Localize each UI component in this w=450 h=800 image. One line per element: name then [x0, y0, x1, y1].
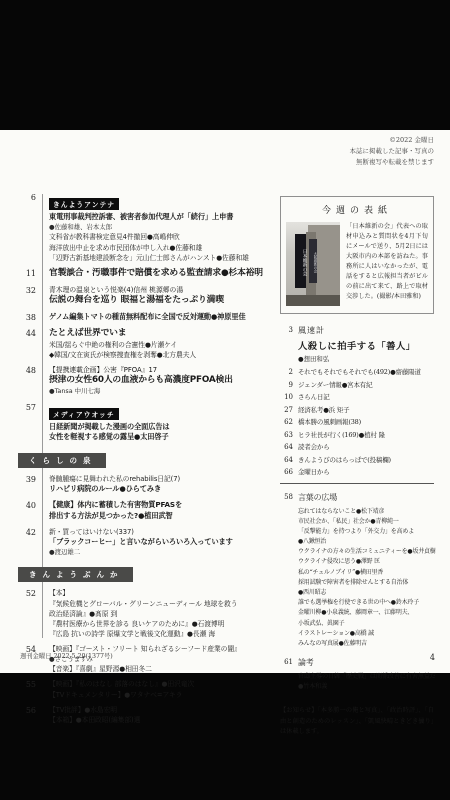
entry-line: 海洋放出中止を求め市民団体が申し入れ●佐藤和雄 — [49, 243, 272, 253]
column-title: 風速計 — [298, 325, 434, 336]
page-num: 40 — [18, 500, 36, 522]
entry-headline: 官製談合・汚職事件で賠償を求める監査請求●杉本裕明 — [49, 268, 272, 280]
cover-photo: 日本維新の会 大阪維新の会 — [286, 222, 340, 306]
page-num: 39 — [18, 474, 36, 495]
entry-title: さらん日記 — [298, 392, 330, 401]
entry-kicker: 青木理の温泉という悦楽(4)信州 桃源郷の湯 — [49, 285, 272, 295]
notice-label: 【お知らせ】 — [280, 707, 318, 714]
toc-entry-kotoba: 58 言葉の広場 — [280, 492, 434, 503]
entry-line: 政治経済論』●髙原 到 — [49, 609, 272, 619]
entry-line: 【本箱】●本田政昭(編集部)選 — [49, 715, 272, 725]
entry-line: 【TVドキュメンタリー】●ワタナベ=アキラ — [49, 690, 272, 700]
page-num: 61 — [280, 657, 293, 668]
toc-entry: 10 さらん日記 — [280, 392, 434, 401]
toc-entry-world: 44 たとえば世界でいま 米国/揺らぐ中絶の権利の合憲性●片瀬ケイ ◆韓国/文在… — [18, 328, 272, 360]
section-band-bunka: きんようぶんか — [18, 567, 133, 582]
folio-page-number: 4 — [430, 653, 435, 662]
entry-line: 「辺野古新基地建設断念を」元山仁士郎さんがハンスト●佐藤和雄 — [49, 253, 272, 263]
toc-entry: 27 経済私考●浜 矩子 — [280, 405, 434, 414]
entry-line: 『気候危機とグローバル・グリーンニューディール 地球を救う — [49, 599, 272, 609]
toc-entry: 64 きんようびのはらっぱで(投稿欄) — [280, 455, 434, 464]
letter-line: ●西川昭志 — [298, 588, 434, 598]
entry-line: 排出する方法が見つかった?●植田武智 — [49, 511, 272, 522]
entry-line: リハビリ病院のルール●ひらてみき — [49, 484, 272, 495]
copyright-line: 本誌に掲載した記事・写真の — [350, 146, 435, 157]
entry-authors: ●さこうますみ — [49, 655, 272, 665]
page-num: 57 — [18, 402, 36, 444]
entry-line: 【音楽】『喜劇』星野源●相田冬二 — [49, 664, 272, 674]
toc-entry-books: 52 【本】 『気候危機とグローバル・グリーンニューディール 地球を救う 政治経… — [18, 588, 272, 639]
entry-line: 【本】 — [49, 588, 272, 598]
entry-line: 文科省が教科書検定意見4件撤回●高嶋伸欣 — [49, 232, 272, 242]
entry-title: 金曜日から — [298, 467, 330, 476]
toc-entry-ronko: 61 論考 — [280, 657, 434, 668]
page-num: 11 — [18, 268, 36, 280]
entry-line: 脊髄腫瘍に見舞われた私のrehabilis日記(7) — [49, 474, 272, 484]
letter-line: ウクライナの方々の生活コミュニティーを●坂井貞樹 — [298, 547, 434, 557]
page-num: 32 — [18, 285, 36, 307]
entry-headline: ゲノム編集トマトの種苗無料配布に全国で反対運動●神原里佳 — [49, 312, 272, 323]
page-num: 55 — [18, 679, 36, 699]
letter-line: 採用試験で障害者を排除せんとする自治体 — [298, 578, 434, 588]
toc-entry: 62 橋本勝の風刺画報(38) — [280, 417, 434, 426]
toc-entry: 63 ヒラ社長が行く(169)●植村 隆 — [280, 430, 434, 439]
letter-line: 誰でも選挙権を行使できる世の中へ●鈴木玲子 — [298, 598, 434, 608]
notice-block: 【お知らせ】「本多勝一の俺と写真」、「政治時評」、「自由と創造のためのレッスン」… — [280, 706, 434, 739]
column-title: 論考 — [298, 657, 314, 668]
magazine-toc-page: ©2022 金曜日 本誌に掲載した記事・写真の 無断複写や転載を禁じます 6 き… — [0, 130, 450, 673]
toc-entry-media-watch: 57 メディアウオッチ 日経新聞が掲載した漫画の全面広告は 女性を軽視する感覚の… — [18, 402, 272, 444]
entry-headline: 人殺しに拍手する「善人」 — [298, 338, 434, 352]
toc-entry-fusokukei: 3 風速計 人殺しに拍手する「善人」 ●想田和弘 — [280, 325, 434, 363]
page-num: 52 — [18, 588, 36, 639]
toc-entry-kattewa: 42 新・買ってはいけない(337) 「ブラックコーヒー」と言いながらいろいろ入… — [18, 527, 272, 558]
toc-right-column: 今週の表紙 日本維新の会 大阪維新の会 「日本維新の会」代表への取材申込みと質問… — [280, 196, 434, 738]
page-num: 58 — [280, 492, 293, 503]
entry-line: 女性を軽視する感覚の露呈●太田啓子 — [49, 432, 272, 443]
entry-line: 【TV批評】●水島宏明 — [49, 705, 272, 715]
copyright-notice: ©2022 金曜日 本誌に掲載した記事・写真の 無断複写や転載を禁じます — [350, 135, 435, 168]
letter-line: 市民社会か、「私民」社会か●青柳純一 — [298, 517, 434, 527]
column-title: 言葉の広場 — [298, 492, 337, 503]
entry-authors: ●佐藤和雄、岩本太郎 — [49, 223, 272, 233]
street-shape — [286, 295, 340, 306]
entry-title: ジェンダー情報●宮本有紀 — [298, 380, 372, 389]
page-num: 62 — [280, 417, 293, 426]
ronko-author: ●竹本和義 — [298, 682, 434, 693]
toc-entry-rehab: 39 脊髄腫瘍に見舞われた私のrehabilis日記(7) リハビリ病院のルール… — [18, 474, 272, 495]
page-num: 3 — [280, 325, 293, 363]
page-num: 44 — [18, 328, 36, 360]
page-num: 10 — [280, 392, 293, 401]
cover-box-title: 今週の表紙 — [286, 203, 428, 216]
cover-of-the-week-box: 今週の表紙 日本維新の会 大阪維新の会 「日本維新の会」代表への取材申込みと質問… — [280, 196, 434, 314]
vertical-sign: 大阪維新の会 — [309, 239, 317, 283]
toc-entry-movie2: 55 【映画】『私のはなし 部落のはなし』●田沢竜次 【TVドキュメンタリー】●… — [18, 679, 272, 699]
entry-line: 「ブラックコーヒー」と言いながらいろいろ入っています — [49, 537, 272, 548]
ronko-headline: 官邸主導の日韓「歴史戦」は関係改善に有害無益だ — [298, 672, 434, 683]
letter-line: 金曜川柳●小泉義統、藤岡章一、江藤明夫、 — [298, 608, 434, 618]
toc-entry-antenna: 6 きんようアンテナ 東電刑事裁判控訴審、被害者参加代理人が「続行」上申書 ●佐… — [18, 192, 272, 263]
toc-entry: 64 読者会から — [280, 442, 434, 451]
letter-line: 「反撃能力」を持つより「外交力」を高めよ — [298, 527, 434, 537]
entry-line: 【映画】『ゴースト・フリート 知られざるシーフード産業の闇』 — [49, 644, 272, 654]
entry-line: 『農村医療から世界を診る 良いケアのために』●石渡博明 — [49, 619, 272, 629]
entry-title: きんようびのはらっぱで(投稿欄) — [298, 455, 391, 464]
toc-left-column: 6 きんようアンテナ 東電刑事裁判控訴審、被害者参加代理人が「続行」上申書 ●佐… — [18, 192, 272, 730]
viewer-background: ©2022 金曜日 本誌に掲載した記事・写真の 無断複写や転載を禁じます 6 き… — [0, 0, 450, 800]
entry-line: 【映画】『私のはなし 部落のはなし』●田沢竜次 — [49, 679, 272, 689]
entry-headline: 伝説の舞台を巡り 眼福と湯福をたっぷり満喫 — [49, 295, 272, 307]
copyright-line: ©2022 金曜日 — [350, 135, 435, 146]
divider-rule — [280, 483, 434, 484]
section-badge: きんようアンテナ — [49, 198, 119, 210]
letter-line: ウクライナ侵攻に思う●澤野 匡 — [298, 557, 434, 567]
letter-line: イラストレーション●高橋 誠 — [298, 629, 434, 639]
entry-authors: ●想田和弘 — [298, 354, 434, 363]
page-num: 6 — [18, 192, 36, 263]
page-num: 48 — [18, 365, 36, 397]
section-badge: メディアウオッチ — [49, 408, 119, 420]
entry-authors: ●渡辺雄二 — [49, 548, 272, 558]
entry-title: それでもそれでもそれでも(492)●齋藤陽道 — [298, 367, 421, 376]
page-num: 56 — [18, 705, 36, 725]
page-num: 27 — [280, 405, 293, 414]
page-num: 66 — [280, 467, 293, 476]
toc-entry-movie1: 54 【映画】『ゴースト・フリート 知られざるシーフード産業の闇』 ●さこうます… — [18, 644, 272, 674]
letter-line: 忘れてはならないこと●松下靖彦 — [298, 507, 434, 517]
vertical-sign: 日本維新の会 — [295, 234, 306, 288]
entry-headline: 摂津の女性60人の血液からも高濃度PFOA検出 — [49, 375, 272, 387]
toc-entry-onsen: 32 青木理の温泉という悦楽(4)信州 桃源郷の湯 伝説の舞台を巡り 眼福と湯福… — [18, 285, 272, 307]
letters-list: 忘れてはならないこと●松下靖彦 市民社会か、「私民」社会か●青柳純一 「反撃能力… — [298, 507, 434, 650]
page-num: 38 — [18, 312, 36, 323]
entry-line: 『広島 抗いの詩学 原爆文学と戦後文化運動』●長瀬 海 — [49, 629, 272, 639]
page-num: 2 — [280, 367, 293, 376]
entry-line: ◆韓国/文在寅氏が検察捜査権を剥奪●北方農夫人 — [49, 350, 272, 360]
copyright-line: 無断複写や転載を禁じます — [350, 157, 435, 168]
toc-entry: 2 それでもそれでもそれでも(492)●齋藤陽道 — [280, 367, 434, 376]
page-num: 42 — [18, 527, 36, 558]
entry-authors: ●Tansa 中川七海 — [49, 387, 272, 397]
toc-entry-tv: 56 【TV批評】●水島宏明 【本箱】●本田政昭(編集部)選 — [18, 705, 272, 725]
entry-headline: たとえば世界でいま — [49, 328, 272, 340]
letter-line: 私の“チェルノブイリ”●横田里香 — [298, 568, 434, 578]
letter-line: 小坂武弘、眞園子 — [298, 619, 434, 629]
toc-entry-audit: 11 官製談合・汚職事件で賠償を求める監査請求●杉本裕明 — [18, 268, 272, 280]
letter-line: ●八鍬恒治 — [298, 537, 434, 547]
toc-entry-genome: 38 ゲノム編集トマトの種苗無料配布に全国で反対運動●神原里佳 — [18, 312, 272, 323]
entry-kicker: 新・買ってはいけない(337) — [49, 527, 272, 537]
page-num: 63 — [280, 430, 293, 439]
toc-entry-pfoa: 48 【提携連載企画】公害『PFOA』17 摂津の女性60人の血液からも高濃度P… — [18, 365, 272, 397]
entry-title: 経済私考●浜 矩子 — [298, 405, 349, 414]
toc-entry-pfas: 40 【健康】体内に蓄積した有害物質PFASを 排出する方法が見つかった?●植田… — [18, 500, 272, 522]
toc-entry: 9 ジェンダー情報●宮本有紀 — [280, 380, 434, 389]
page-num: 64 — [280, 442, 293, 451]
entry-line: 【健康】体内に蓄積した有害物質PFASを — [49, 500, 272, 511]
entry-line: 日経新聞が掲載した漫画の全面広告は — [49, 422, 272, 433]
page-num: 64 — [280, 455, 293, 464]
entry-headline: 東電刑事裁判控訴審、被害者参加代理人が「続行」上申書 — [49, 212, 272, 223]
entry-kicker: 【提携連載企画】公害『PFOA』17 — [49, 365, 272, 375]
entry-title: 読者会から — [298, 442, 330, 451]
cover-caption: 「日本維新の会」代表への取材申込みと質問状を4月下旬にメールで送り、5月2日には… — [346, 222, 428, 306]
page-num: 9 — [280, 380, 293, 389]
section-band-kurashi: くらしの泉 — [18, 453, 106, 468]
page-num: 54 — [18, 644, 36, 674]
entry-title: ヒラ社長が行く(169)●植村 隆 — [298, 430, 385, 439]
letter-line: みんなの写真展●佐藤明吉 — [298, 639, 434, 649]
entry-title: 橋本勝の風刺画報(38) — [298, 417, 361, 426]
entry-line: 米国/揺らぐ中絶の権利の合憲性●片瀬ケイ — [49, 340, 272, 350]
toc-entry: 66 金曜日から — [280, 467, 434, 476]
